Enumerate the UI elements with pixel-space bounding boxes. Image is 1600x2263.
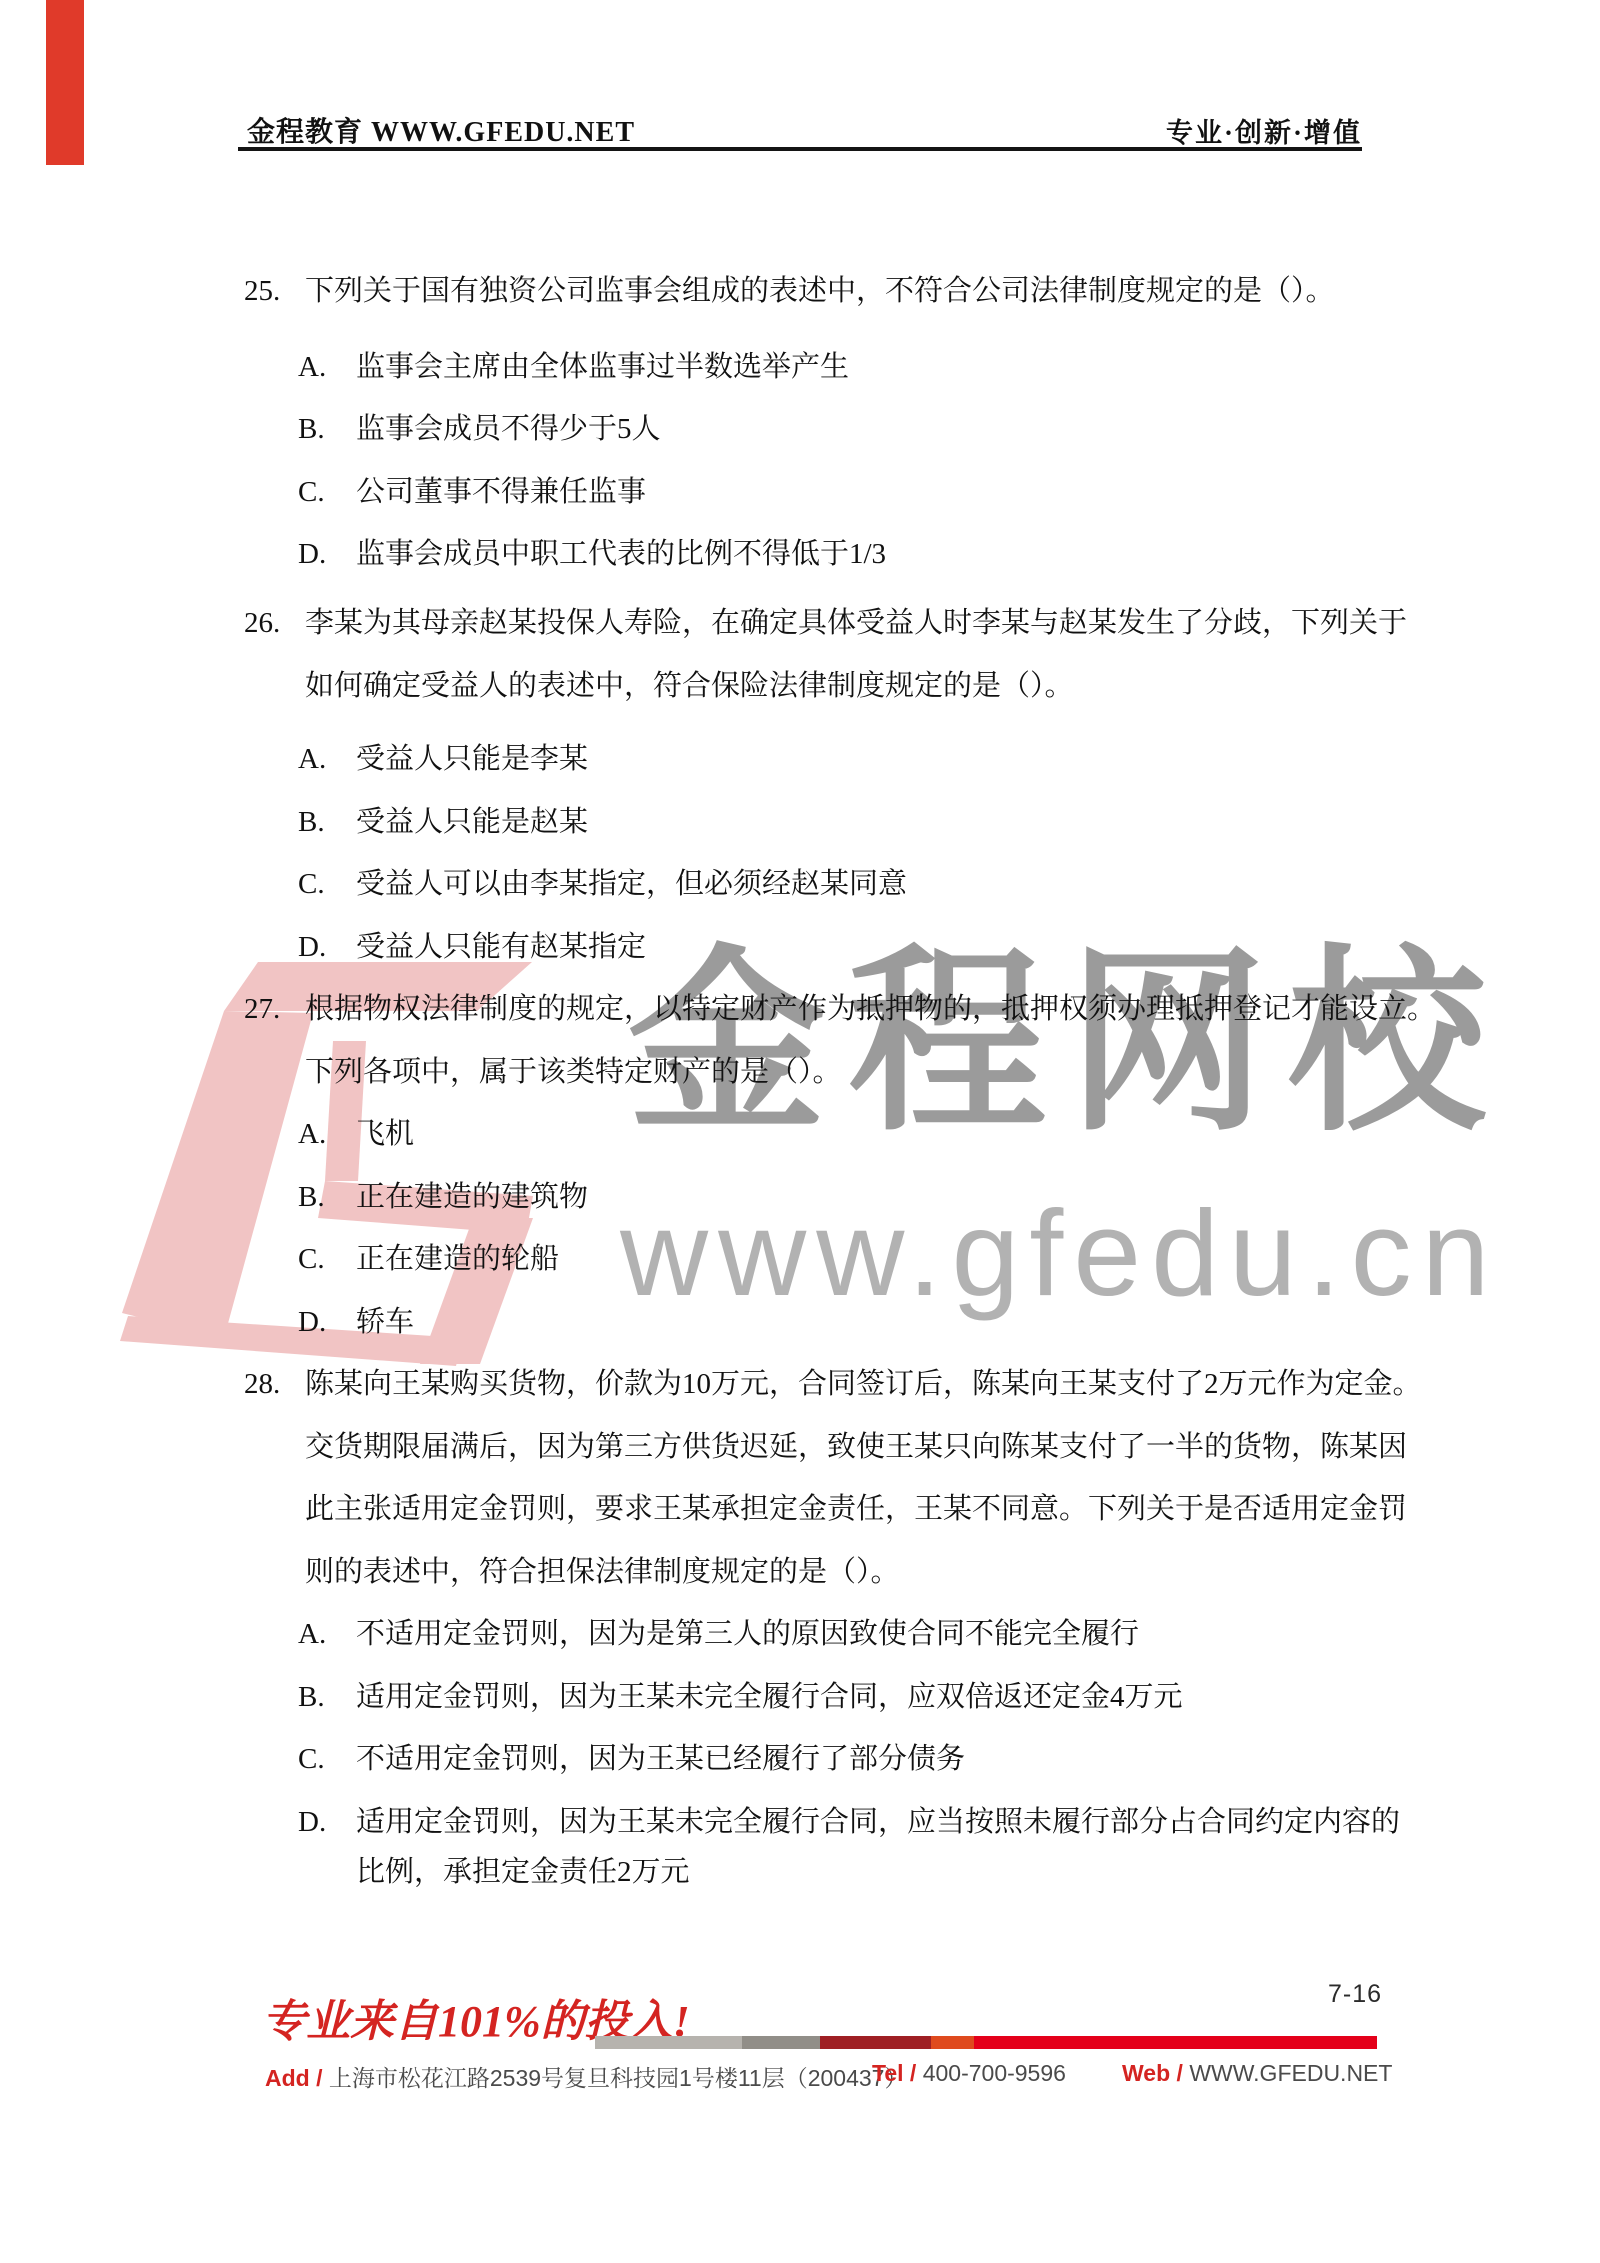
option-text: 轿车 (356, 1306, 414, 1338)
corner-ribbon (46, 0, 84, 165)
option-text: 监事会成员中职工代表的比例不得低于1/3 (356, 538, 886, 570)
option-letter: A. (298, 1615, 356, 1653)
question-27-stem-line-2: 下列各项中，属于该类特定财产的是（）。 (305, 1053, 842, 1091)
option-letter: B. (298, 410, 356, 448)
option-letter: D. (298, 1803, 356, 1841)
question-26-stem: 26.李某为其母亲赵某投保人寿险，在确定具体受益人时李某与赵某发生了分歧，下列关… (244, 604, 1407, 642)
question-27-option-d: D.轿车 (298, 1303, 414, 1341)
option-letter: D. (298, 928, 356, 966)
footer-bar-segment (931, 2036, 974, 2049)
question-text: 根据物权法律制度的规定，以特定财产作为抵押物的，抵押权须办理抵押登记才能设立。 (305, 993, 1436, 1025)
option-letter: B. (298, 1678, 356, 1716)
option-text: 受益人只能是李某 (356, 743, 588, 775)
footer-web: Web / WWW.GFEDU.NET (1122, 2060, 1392, 2087)
question-25-option-c: C.公司董事不得兼任监事 (298, 473, 646, 511)
question-28-option-a: A.不适用定金罚则，因为是第三人的原因致使合同不能完全履行 (298, 1615, 1139, 1653)
option-letter: C. (298, 865, 356, 903)
question-27-option-c: C.正在建造的轮船 (298, 1240, 559, 1278)
option-letter: A. (298, 740, 356, 778)
document-page: 金程教育 WWW.GFEDU.NET 专业·创新·增值 金程网校 www.gfe… (0, 0, 1600, 2263)
question-28-stem-line-2: 交货期限届满后，因为第三方供货迟延，致使王某只向陈某支付了一半的货物，陈某因 (305, 1428, 1407, 1466)
option-letter: D. (298, 535, 356, 573)
question-25-option-d: D.监事会成员中职工代表的比例不得低于1/3 (298, 535, 886, 573)
web-value: WWW.GFEDU.NET (1189, 2060, 1392, 2086)
option-text: 飞机 (356, 1118, 414, 1150)
option-text: 受益人可以由李某指定，但必须经赵某同意 (356, 868, 907, 900)
option-text: 正在建造的轮船 (356, 1243, 559, 1275)
question-26-option-a: A.受益人只能是李某 (298, 740, 588, 778)
question-number: 28. (244, 1365, 305, 1403)
footer-bar-segment (742, 2036, 820, 2049)
question-28-stem: 28.陈某向王某购买货物，价款为10万元，合同签订后，陈某向王某支付了2万元作为… (244, 1365, 1422, 1403)
question-number: 27. (244, 990, 305, 1028)
question-27-stem: 27.根据物权法律制度的规定，以特定财产作为抵押物的，抵押权须办理抵押登记才能设… (244, 990, 1436, 1028)
question-28-option-b: B.适用定金罚则，因为王某未完全履行合同，应双倍返还定金4万元 (298, 1678, 1183, 1716)
question-25-stem: 25.下列关于国有独资公司监事会组成的表述中，不符合公司法律制度规定的是（）。 (244, 272, 1335, 310)
option-text: 监事会主席由全体监事过半数选举产生 (356, 351, 849, 383)
tel-value: 400-700-9596 (923, 2060, 1066, 2086)
question-28-option-c: C.不适用定金罚则，因为王某已经履行了部分债务 (298, 1740, 965, 1778)
watermark-url-text: www.gfedu.cn (620, 1192, 1500, 1314)
header-brand: 金程教育 WWW.GFEDU.NET (247, 110, 635, 150)
address-value: 上海市松花江路2539号复旦科技园1号楼11层（200437） (329, 2065, 908, 2091)
question-28-stem-line-3: 此主张适用定金罚则，要求王某承担定金责任，王某不同意。下列关于是否适用定金罚 (305, 1490, 1407, 1528)
option-text: 适用定金罚则，因为王某未完全履行合同，应双倍返还定金4万元 (356, 1681, 1183, 1713)
question-28-option-d: D.适用定金罚则，因为王某未完全履行合同，应当按照未履行部分占合同约定内容的 (298, 1803, 1400, 1841)
header-slogan: 专业·创新·增值 (1166, 111, 1362, 150)
option-text: 正在建造的建筑物 (356, 1181, 588, 1213)
question-number: 26. (244, 604, 305, 642)
question-text: 陈某向王某购买货物，价款为10万元，合同签订后，陈某向王某支付了2万元作为定金。 (305, 1368, 1422, 1400)
option-text: 公司董事不得兼任监事 (356, 476, 646, 508)
question-26-stem-line-2: 如何确定受益人的表述中，符合保险法律制度规定的是（）。 (305, 667, 1074, 705)
option-text: 受益人只能有赵某指定 (356, 931, 646, 963)
header-rule (238, 147, 1362, 151)
page-number: 7-16 (1328, 1980, 1382, 2009)
question-number: 25. (244, 272, 305, 310)
footer-tel: Tel / 400-700-9596 (872, 2060, 1066, 2087)
question-27-option-b: B.正在建造的建筑物 (298, 1178, 588, 1216)
option-letter: C. (298, 1740, 356, 1778)
option-letter: B. (298, 1178, 356, 1216)
web-label: Web / (1122, 2060, 1183, 2086)
question-27-option-a: A.飞机 (298, 1115, 414, 1153)
tel-label: Tel / (872, 2060, 916, 2086)
question-text: 下列关于国有独资公司监事会组成的表述中，不符合公司法律制度规定的是（）。 (305, 275, 1335, 307)
option-text: 不适用定金罚则，因为是第三人的原因致使合同不能完全履行 (356, 1618, 1139, 1650)
question-26-option-c: C.受益人可以由李某指定，但必须经赵某同意 (298, 865, 907, 903)
option-text: 适用定金罚则，因为王某未完全履行合同，应当按照未履行部分占合同约定内容的 (356, 1806, 1400, 1838)
question-25-option-b: B.监事会成员不得少于5人 (298, 410, 661, 448)
footer-bar-segment (820, 2036, 931, 2049)
question-text: 李某为其母亲赵某投保人寿险，在确定具体受益人时李某与赵某发生了分歧，下列关于 (305, 607, 1407, 639)
option-letter: D. (298, 1303, 356, 1341)
footer-address: Add / 上海市松花江路2539号复旦科技园1号楼11层（200437） (265, 2060, 907, 2093)
option-letter: A. (298, 348, 356, 386)
question-26-option-d: D.受益人只能有赵某指定 (298, 928, 646, 966)
option-letter: A. (298, 1115, 356, 1153)
footer-bar-segment (974, 2036, 1377, 2049)
option-letter: C. (298, 473, 356, 511)
option-text: 不适用定金罚则，因为王某已经履行了部分债务 (356, 1743, 965, 1775)
footer-bar-segment (595, 2036, 742, 2049)
watermark-brand-text: 金程网校 (628, 944, 1508, 1142)
option-text: 监事会成员不得少于5人 (356, 413, 661, 445)
option-letter: B. (298, 803, 356, 841)
option-text: 受益人只能是赵某 (356, 806, 588, 838)
address-label: Add / (265, 2065, 323, 2091)
question-26-option-b: B.受益人只能是赵某 (298, 803, 588, 841)
question-28-stem-line-4: 则的表述中，符合担保法律制度规定的是（）。 (305, 1553, 900, 1591)
question-28-option-d-line-2: 比例，承担定金责任2万元 (356, 1853, 690, 1891)
question-25-option-a: A.监事会主席由全体监事过半数选举产生 (298, 348, 849, 386)
option-letter: C. (298, 1240, 356, 1278)
